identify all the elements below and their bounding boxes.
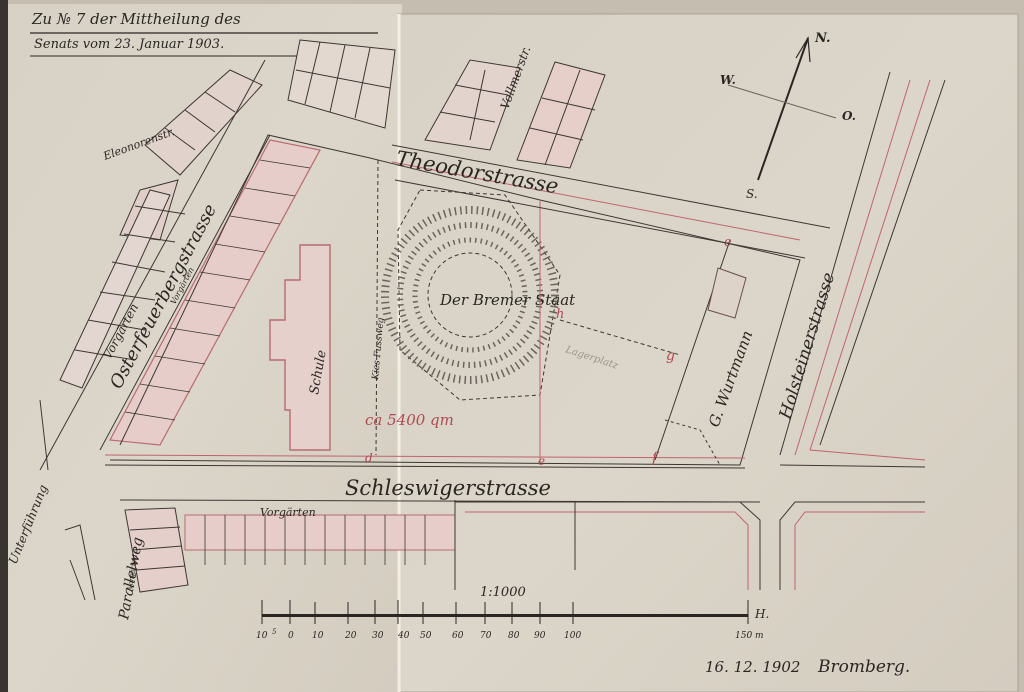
footer-signature: Bromberg.: [817, 657, 910, 677]
compass-south: S.: [746, 187, 758, 201]
footer-date: 16. 12. 1902: [705, 658, 800, 676]
label-area: ca 5400 qm: [365, 411, 454, 429]
book-edge: [0, 0, 8, 692]
street-schleswigerstrasse: Schleswigerstrasse: [345, 476, 551, 500]
scale-tick: 10: [312, 631, 324, 641]
compass-west: W.: [720, 73, 736, 87]
scale-tick: 100: [564, 631, 581, 641]
site-plan-map: Zu № 7 der Mittheilung des Senats vom 23…: [0, 0, 1024, 692]
point-h: h: [556, 307, 564, 322]
point-g: g: [666, 348, 675, 364]
scale-tick: 0: [288, 631, 294, 641]
point-d: d: [365, 451, 373, 465]
scale-tick: 30: [372, 631, 384, 641]
label-vorgaerten-bottom: Vorgärten: [260, 506, 316, 519]
map-sheet: Zu № 7 der Mittheilung des Senats vom 23…: [0, 0, 1024, 692]
scale-end-label: H.: [754, 607, 769, 621]
scale-tick: 70: [480, 631, 492, 641]
header-line-1: Zu № 7 der Mittheilung des: [31, 10, 241, 28]
scale-tick: 90: [534, 631, 546, 641]
compass-east: O.: [842, 109, 856, 123]
scale-tick: 10: [256, 631, 268, 641]
scale-tick: 150 m: [735, 631, 764, 641]
scale-tick: 40: [397, 631, 410, 641]
scale-title: 1:1000: [480, 585, 526, 600]
point-e: e: [538, 454, 545, 468]
scale-tick: 80: [508, 631, 520, 641]
header-line-2: Senats vom 23. Januar 1903.: [34, 37, 224, 52]
scale-tick: 60: [452, 631, 464, 641]
compass-north: N.: [814, 31, 831, 46]
scale-tick: 5: [272, 628, 277, 636]
scale-tick: 20: [344, 631, 357, 641]
scale-tick: 50: [420, 631, 432, 641]
